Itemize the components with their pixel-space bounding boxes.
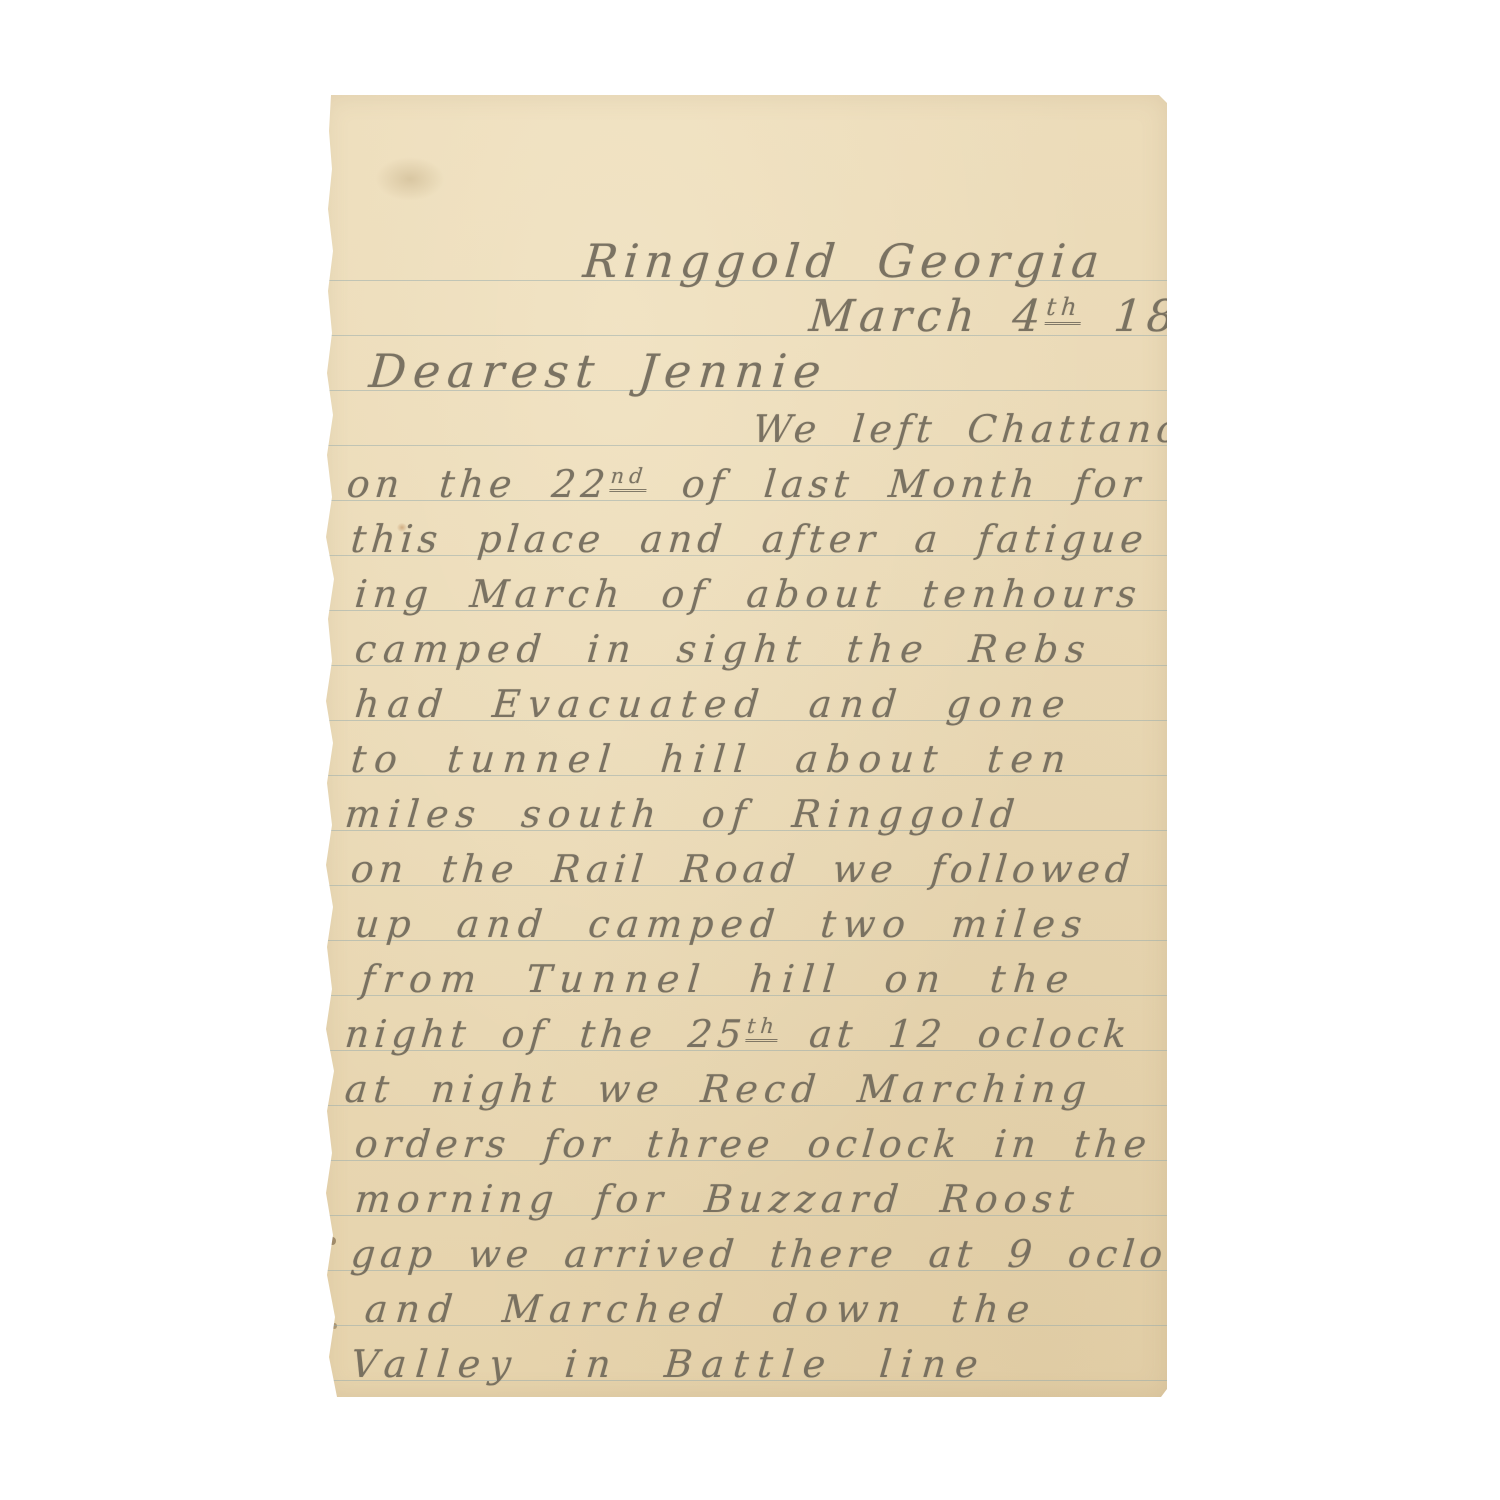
handwritten-line: from Tunnel hill on the [359,958,1078,1002]
handwritten-line: at night we Recd Marching [343,1068,1094,1112]
handwritten-line: to tunnel hill about ten [349,738,1075,782]
edge-speck [332,1323,337,1329]
handwritten-line: camped in sight the Rebs [353,628,1094,672]
superscript-ordinal: th [1045,293,1083,325]
handwritten-line: orders for three oclock in the [353,1123,1153,1167]
handwritten-line: Dearest Jennie [367,345,830,398]
handwritten-line: gap we arrived there at 9 oclok [349,1233,1197,1277]
handwritten-line: morning for Buzzard Roost [353,1178,1081,1222]
paper-smudge-stain [375,157,445,201]
handwritten-line: Ringgold Georgia [581,235,1107,288]
handwritten-line: on the Rail Road we followed [349,848,1136,892]
handwritten-line: had Evacuated and gone [353,683,1074,727]
letter-paper: Ringgold GeorgiaMarch 4th 1863Dearest Je… [323,95,1167,1397]
handwritten-line: night of the 25th at 12 oclock [343,1013,1133,1057]
handwritten-line: up and camped two miles [353,903,1091,947]
photo-background: Ringgold GeorgiaMarch 4th 1863Dearest Je… [0,0,1500,1500]
handwritten-line: and Marched down the [363,1288,1039,1332]
handwritten-line: on the 22nd of last Month for [345,463,1147,507]
handwritten-line: ing March of about tenhours [353,573,1144,617]
handwritten-line: miles south of Ringgold [343,793,1023,837]
superscript-ordinal: th [746,1014,780,1042]
superscript-ordinal: nd [609,464,648,492]
handwritten-line: Valley in Battle line [349,1343,989,1387]
handwritten-line: this place and after a fatigue [349,518,1150,562]
handwritten-line: March 4th 1863 [807,292,1248,343]
edge-speck [329,1237,336,1245]
handwritten-line: We left Chattanooga [751,408,1271,452]
